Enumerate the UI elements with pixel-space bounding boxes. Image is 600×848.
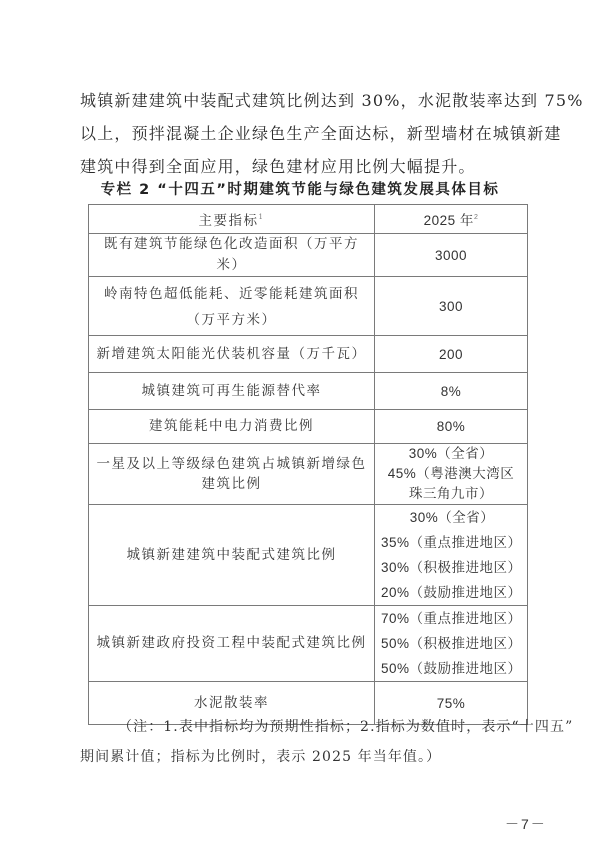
value-cell: 70%（重点推进地区） 50%（积极推进地区） 50%（鼓励推进地区） [375,606,528,682]
table-caption: 专栏 2 “十四五”时期建筑节能与绿色建筑发展具体目标 [0,178,600,199]
header-year: 2025 年2 [375,205,528,234]
table-row: 建筑能耗中电力消费比例 80% [89,410,528,444]
value-cell: 30%（全省） 45%（粤港澳大湾区 珠三角九市） [375,444,528,505]
value-cell: 300 [375,277,528,336]
table-header-row: 主要指标1 2025 年2 [89,205,528,234]
table-row: 既有建筑节能绿色化改造面积（万平方米） 3000 [89,234,528,277]
note-line: （注：1.表中指标均为预期性指标；2.指标为数值时，表示“十四五” [80,712,540,742]
table-row: 岭南特色超低能耗、近零能耗建筑面积 （万平方米） 300 [89,277,528,336]
body-paragraph: 城镇新建建筑中装配式建筑比例达到 30%，水泥散装率达到 75% 以上，预拌混凝… [80,84,540,183]
table-row: 城镇新建建筑中装配式建筑比例 30%（全省） 35%（重点推进地区） 30%（积… [89,505,528,606]
table-note: （注：1.表中指标均为预期性指标；2.指标为数值时，表示“十四五” 期间累计值；… [80,712,540,772]
header-indicator: 主要指标1 [89,205,375,234]
indicator-cell: 城镇建筑可再生能源替代率 [89,373,375,410]
indicator-cell: 城镇新建建筑中装配式建筑比例 [89,505,375,606]
value-cell: 3000 [375,234,528,277]
table-row: 城镇建筑可再生能源替代率 8% [89,373,528,410]
value-cell: 30%（全省） 35%（重点推进地区） 30%（积极推进地区） 20%（鼓励推进… [375,505,528,606]
footnote-marker: 2 [474,214,478,221]
value-cell: 80% [375,410,528,444]
value-cell: 200 [375,336,528,373]
table-row: 新增建筑太阳能光伏装机容量（万千瓦） 200 [89,336,528,373]
targets-table: 主要指标1 2025 年2 既有建筑节能绿色化改造面积（万平方米） 3000 岭… [88,204,528,725]
note-line: 期间累计值；指标为比例时，表示 2025 年当年值。） [80,742,540,772]
indicator-cell: 一星及以上等级绿色建筑占城镇新增绿色 建筑比例 [89,444,375,505]
indicator-cell: 城镇新建政府投资工程中装配式建筑比例 [89,606,375,682]
indicator-cell: 建筑能耗中电力消费比例 [89,410,375,444]
indicator-cell: 新增建筑太阳能光伏装机容量（万千瓦） [89,336,375,373]
page-number: －7－ [505,814,547,834]
table-row: 城镇新建政府投资工程中装配式建筑比例 70%（重点推进地区） 50%（积极推进地… [89,606,528,682]
table-row: 一星及以上等级绿色建筑占城镇新增绿色 建筑比例 30%（全省） 45%（粤港澳大… [89,444,528,505]
footnote-marker: 1 [259,213,265,221]
paragraph-line: 以上，预拌混凝土企业绿色生产全面达标，新型墙材在城镇新建 [80,117,540,150]
paragraph-line: 城镇新建建筑中装配式建筑比例达到 30%，水泥散装率达到 75% [80,84,540,117]
value-cell: 8% [375,373,528,410]
indicator-cell: 岭南特色超低能耗、近零能耗建筑面积 （万平方米） [89,277,375,336]
indicator-cell: 既有建筑节能绿色化改造面积（万平方米） [89,234,375,277]
